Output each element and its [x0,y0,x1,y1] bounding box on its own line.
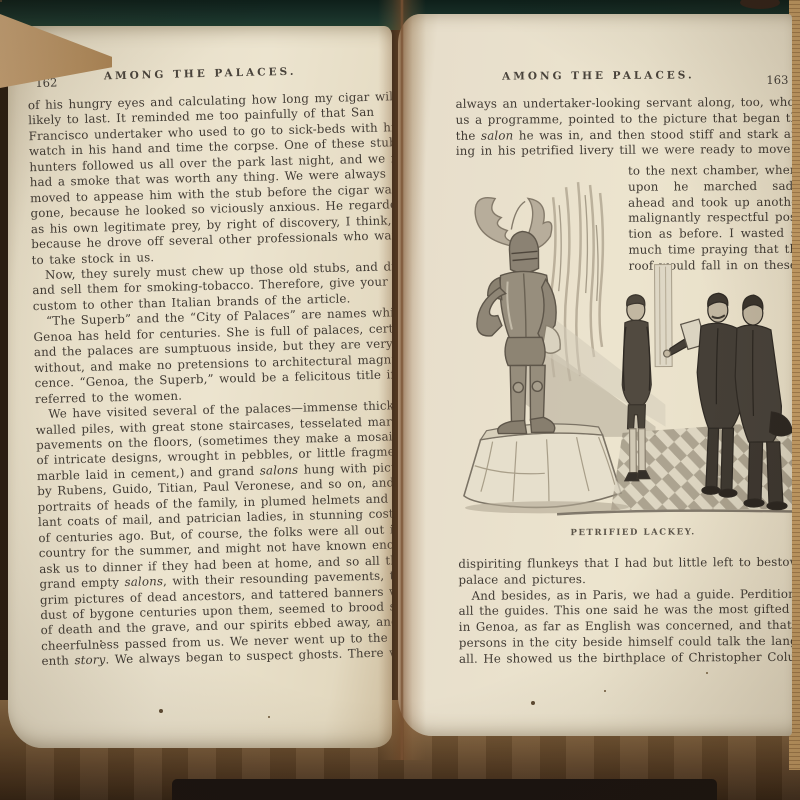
left-page-content: 162 AMONG THE PALACES. of his hungry eye… [8,26,392,748]
text-line: always an undertaker-looking servant alo… [456,95,792,113]
pointing-man-leg-right [721,428,734,490]
right-page-bottom-text: dispiriting flunkeys that I had but litt… [458,555,792,668]
second-man-leg-left [748,442,763,502]
text-line: all. He showed us the birthplace of Chri… [459,650,792,668]
page-number-right: 163 [766,73,788,87]
pointing-hand [664,350,671,357]
leg-left [510,365,526,423]
text-line: dispiriting flunkeys that I had but litt… [458,555,792,573]
servant-coat [622,320,652,405]
hat-under-arm [769,412,792,436]
servant-stocking-left [630,429,637,473]
second-man-leg-right [767,442,783,504]
pointing-man-leg-left [706,428,719,488]
page-specks [0,0,2,2]
leg-right [530,365,545,420]
text-line: ing in his petrified livery till we were… [456,142,792,160]
second-man-shoe2 [767,502,787,510]
text-line: us a programme, pointed to the picture t… [456,111,792,129]
pointing-man-shoe [702,486,720,494]
book-photograph: 162 AMONG THE PALACES. of his hungry eye… [0,0,800,800]
text-line: persons in the city beside himself could… [459,634,792,652]
faulds-skirt [505,337,545,365]
illustration-caption: PETRIFIED LACKEY. [513,527,753,538]
second-man-shoe [744,499,764,507]
petrified-lackey-engraving [449,164,792,521]
left-page-text: of his hungry eyes and calculating how l… [28,90,388,670]
page-gutter [378,0,426,760]
right-page: 163 AMONG THE PALACES. always an underta… [398,14,792,736]
pedestal-drape [464,423,622,507]
servant-stocking-right [639,429,646,471]
book-bottom-cover-edge [172,779,717,800]
sabaton-left [498,420,527,433]
pointing-man-shoe2 [719,489,737,497]
right-page-top-text: always an undertaker-looking servant alo… [456,95,792,160]
left-page: 162 AMONG THE PALACES. of his hungry eye… [8,26,392,748]
right-page-content: 163 AMONG THE PALACES. always an underta… [398,14,792,736]
running-head-right: AMONG THE PALACES. [468,69,728,83]
